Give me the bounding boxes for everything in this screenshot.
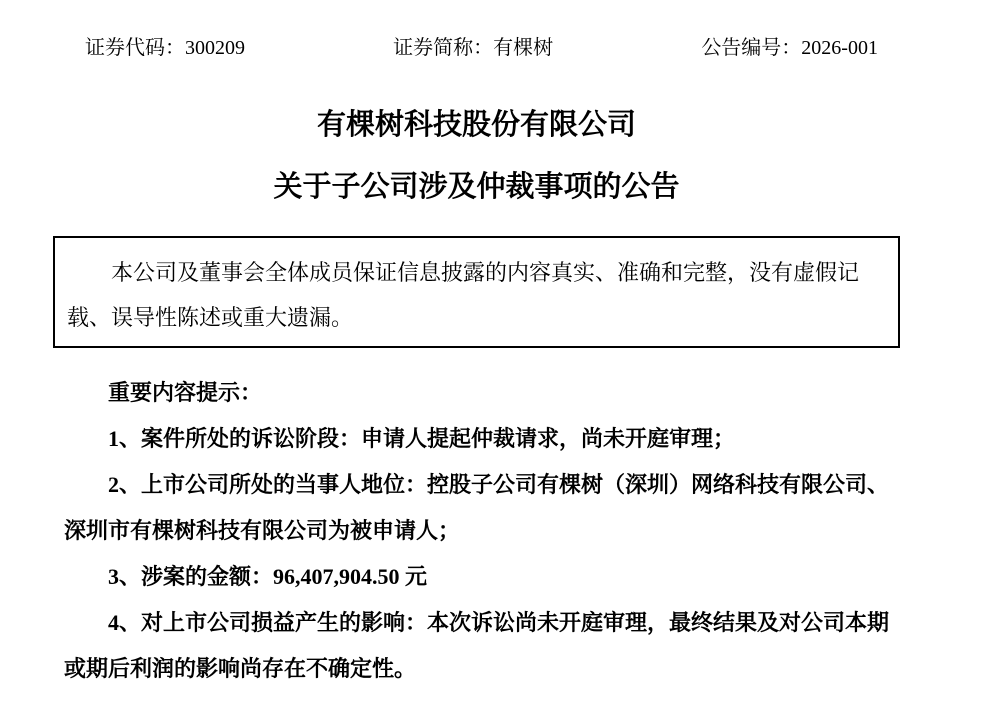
company-name-title: 有棵树科技股份有限公司 — [53, 106, 900, 144]
notice-item-1: 1、案件所处的诉讼阶段：申请人提起仲裁请求，尚未开庭审理； — [64, 416, 907, 462]
disclaimer-box: 本公司及董事会全体成员保证信息披露的内容真实、准确和完整，没有虚假记载、误导性陈… — [53, 236, 900, 348]
disclaimer-text: 本公司及董事会全体成员保证信息披露的内容真实、准确和完整，没有虚假记载、误导性陈… — [67, 250, 884, 340]
notice-heading: 重要内容提示： — [64, 370, 907, 416]
stock-short-name: 证券简称：有棵树 — [393, 34, 553, 62]
notice-item-3: 3、涉案的金额：96,407,904.50 元 — [64, 554, 907, 600]
stock-code: 证券代码：300209 — [85, 34, 245, 62]
document-header: 证券代码：300209 证券简称：有棵树 公告编号：2026-001 — [85, 34, 878, 62]
announcement-title: 关于子公司涉及仲裁事项的公告 — [53, 168, 900, 206]
notice-item-4: 4、对上市公司损益产生的影响：本次诉讼尚未开庭审理，最终结果及对公司本期或期后利… — [64, 600, 907, 692]
important-notice-section: 重要内容提示： 1、案件所处的诉讼阶段：申请人提起仲裁请求，尚未开庭审理； 2、… — [64, 370, 907, 692]
announcement-page: 证券代码：300209 证券简称：有棵树 公告编号：2026-001 有棵树科技… — [0, 0, 990, 723]
announcement-number: 公告编号：2026-001 — [701, 34, 878, 62]
notice-item-2: 2、上市公司所处的当事人地位：控股子公司有棵树（深圳）网络科技有限公司、深圳市有… — [64, 462, 907, 554]
